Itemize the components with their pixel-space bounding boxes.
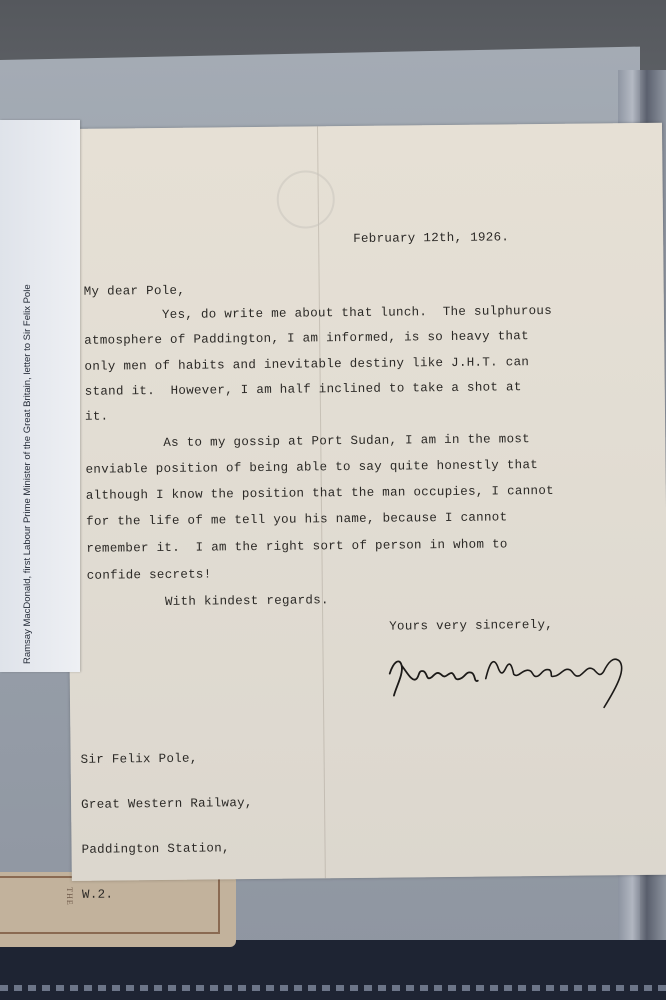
fold-line <box>317 126 326 878</box>
booklet-text: THE <box>65 887 74 906</box>
letter-salutation: My dear Pole, <box>84 284 186 299</box>
address-line: W.2. <box>82 886 254 903</box>
embossed-seal-icon <box>276 170 335 229</box>
signature-icon <box>381 641 652 714</box>
body-line: although I know the position that the ma… <box>86 484 554 503</box>
letter-valediction: Yours very sincerely, <box>389 618 553 634</box>
body-line: confide secrets! <box>87 567 212 582</box>
binder-stitch <box>0 985 666 991</box>
body-line: remember it. I am the right sort of pers… <box>86 537 507 555</box>
body-line: only men of habits and inevitable destin… <box>84 355 529 374</box>
caption-card: Ramsay MacDonald, first Labour Prime Min… <box>0 120 80 672</box>
body-line: With kindest regards. <box>87 593 329 610</box>
body-line: Yes, do write me about that lunch. The s… <box>84 304 552 323</box>
address-line: Sir Felix Pole, <box>81 751 253 768</box>
body-line: As to my gossip at Port Sudan, I am in t… <box>85 432 530 451</box>
address-line: Great Western Railway, <box>81 796 253 813</box>
recipient-address: Sir Felix Pole, Great Western Railway, P… <box>80 721 254 933</box>
address-line: Paddington Station, <box>81 841 253 858</box>
letter-date: February 12th, 1926. <box>353 230 509 246</box>
body-line: enviable position of being able to say q… <box>85 458 538 477</box>
body-line: for the life of me tell you his name, be… <box>86 510 507 528</box>
caption-text: Ramsay MacDonald, first Labour Prime Min… <box>22 144 33 664</box>
body-line: stand it. However, I am half inclined to… <box>85 380 522 399</box>
body-line: it. <box>85 410 109 424</box>
letter-sheet: February 12th, 1926. My dear Pole, Yes, … <box>64 123 666 881</box>
body-line: atmosphere of Paddington, I am informed,… <box>84 329 529 348</box>
binder-base <box>0 940 666 1000</box>
